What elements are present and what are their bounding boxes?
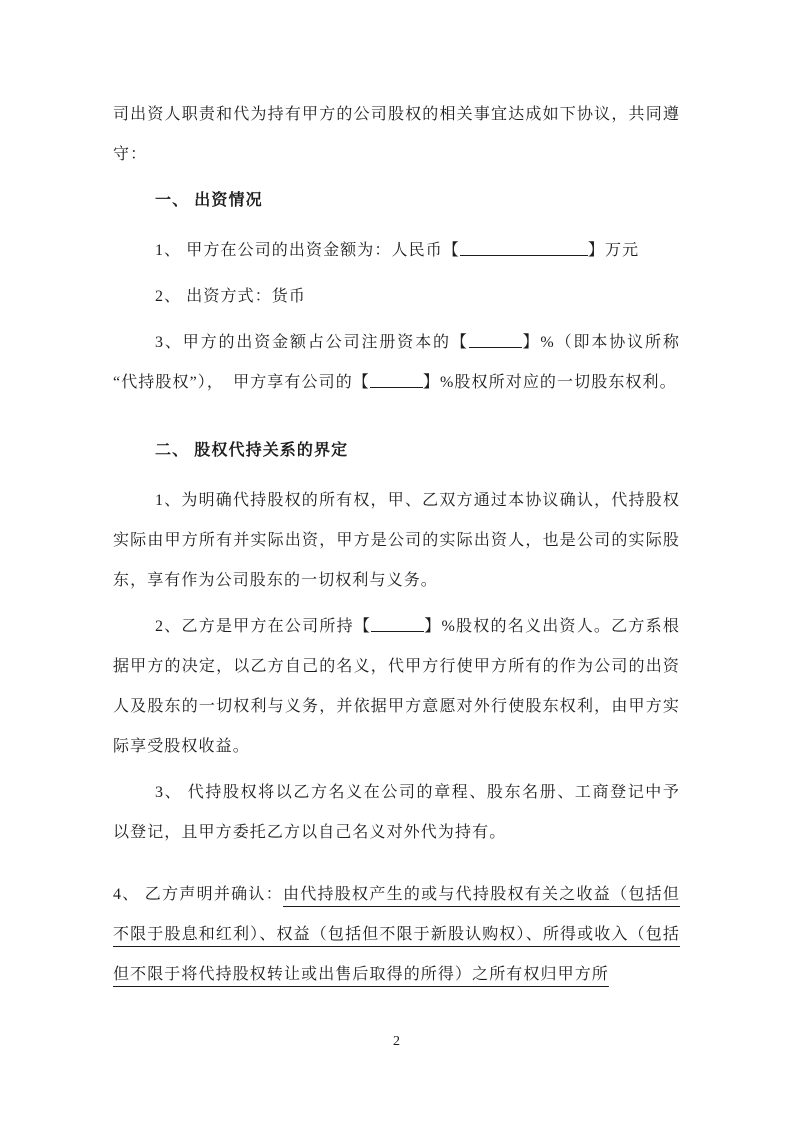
section2-item1: 1、为明确代持股权的所有权，甲、乙双方通过本协议确认，代持股权实际由甲方所有并实… (113, 481, 680, 601)
document-page: 司出资人职责和代为持有甲方的公司股权的相关事宜达成如下协议，共同遵守： 一、 出… (0, 0, 793, 1122)
page-number: 2 (0, 1034, 793, 1050)
section1-item3-text-post: 】%股权所对应的一切股东权利。 (423, 374, 677, 391)
section2-item2: 2、乙方是甲方在公司所持【】%股权的名义出资人。乙方系根据甲方的决定，以乙方自己… (113, 607, 680, 767)
section1-item1-text-pre: 1、 甲方在公司的出资金额为：人民币【 (155, 242, 460, 259)
document-content: 司出资人职责和代为持有甲方的公司股权的相关事宜达成如下协议，共同遵守： 一、 出… (113, 95, 680, 1001)
blank-capital-amount-field (460, 241, 588, 256)
paragraph-continuation: 司出资人职责和代为持有甲方的公司股权的相关事宜达成如下协议，共同遵守： (113, 95, 680, 175)
blank-held-percent-field (371, 617, 424, 632)
section1-item2: 2、 出资方式：货币 (113, 277, 680, 317)
blank-registered-capital-percent-field (469, 333, 522, 348)
section1-item1-text-post: 】万元 (588, 242, 639, 259)
section2-item2-text-post: 】%股权的名义出资人。乙方系根据甲方的决定，以乙方自己的名义，代甲方行使甲方所有… (113, 618, 680, 755)
section2-item4: 4、 乙方声明并确认：由代持股权产生的或与代持股权有关之收益（包括但不限于股息和… (113, 875, 680, 995)
section1-heading: 一、 出资情况 (113, 181, 680, 221)
section2-item2-text-pre: 2、乙方是甲方在公司所持【 (155, 618, 371, 635)
section1-item1: 1、 甲方在公司的出资金额为：人民币【】万元 (113, 231, 680, 271)
section1-item3-text-pre: 3、甲方的出资金额占公司注册资本的【 (155, 334, 469, 351)
section2-heading: 二、 股权代持关系的界定 (113, 431, 680, 471)
section1-item3: 3、甲方的出资金额占公司注册资本的【】%（即本协议所称“代持股权”）， 甲方享有… (113, 323, 680, 403)
blank-equity-percent-field (370, 373, 423, 388)
section2-item4-label: 4、 乙方声明并确认： (113, 886, 283, 903)
section2-item3: 3、 代持股权将以乙方名义在公司的章程、股东名册、工商登记中予以登记，且甲方委托… (113, 773, 680, 853)
